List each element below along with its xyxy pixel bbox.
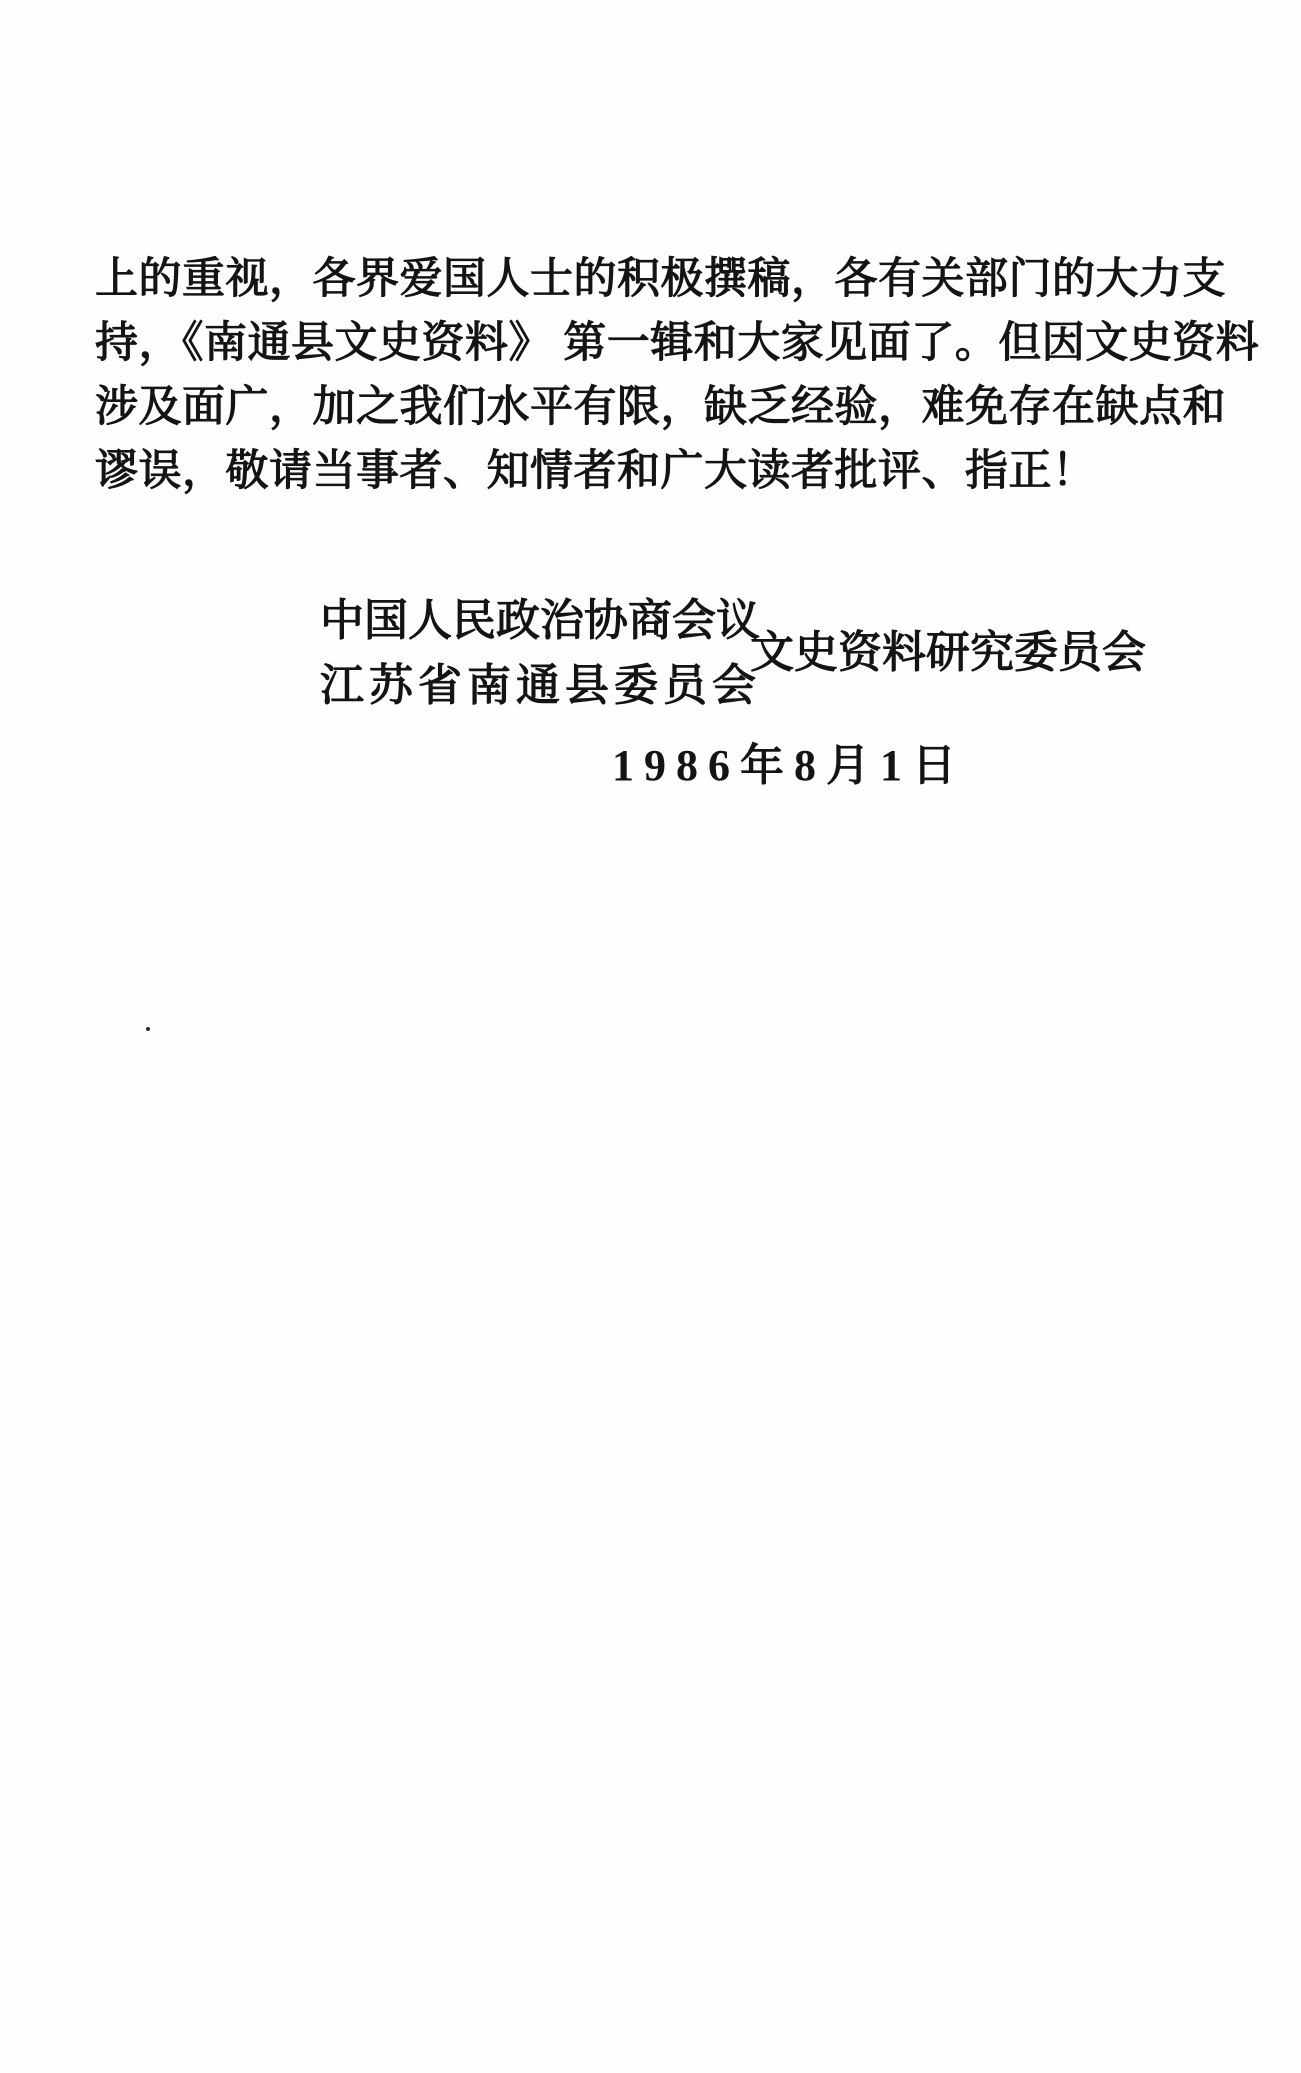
paragraph-line-2: 持，《南通县文史资料》 第一辑和大家见面了。但因文史资料 [95,312,1220,376]
paragraph-line-1: 上的重视，各界爱国人士的积极撰稿，各有关部门的大力支 [95,248,1220,312]
scan-speck-artifact [146,1027,150,1031]
body-paragraph: 上的重视，各界爱国人士的积极撰稿，各有关部门的大力支 持，《南通县文史资料》 第… [95,248,1220,504]
paragraph-line-4: 谬误，敬请当事者、知情者和广大读者批评、指正！ [95,440,1220,504]
signature-date: 1986年8月1日 [612,729,966,793]
paragraph-line-3: 涉及面广，加之我们水平有限，缺乏经验，难免存在缺点和 [95,376,1220,440]
scanned-book-page: 上的重视，各界爱国人士的积极撰稿，各有关部门的大力支 持，《南通县文史资料》 第… [0,0,1301,2073]
signature-org-suffix: 文史资料研究委员会 [750,616,1146,680]
signature-org-line1: 中国人民政治协商会议 [320,584,760,648]
signature-org-line2: 江苏省南通县委员会 [320,649,761,713]
